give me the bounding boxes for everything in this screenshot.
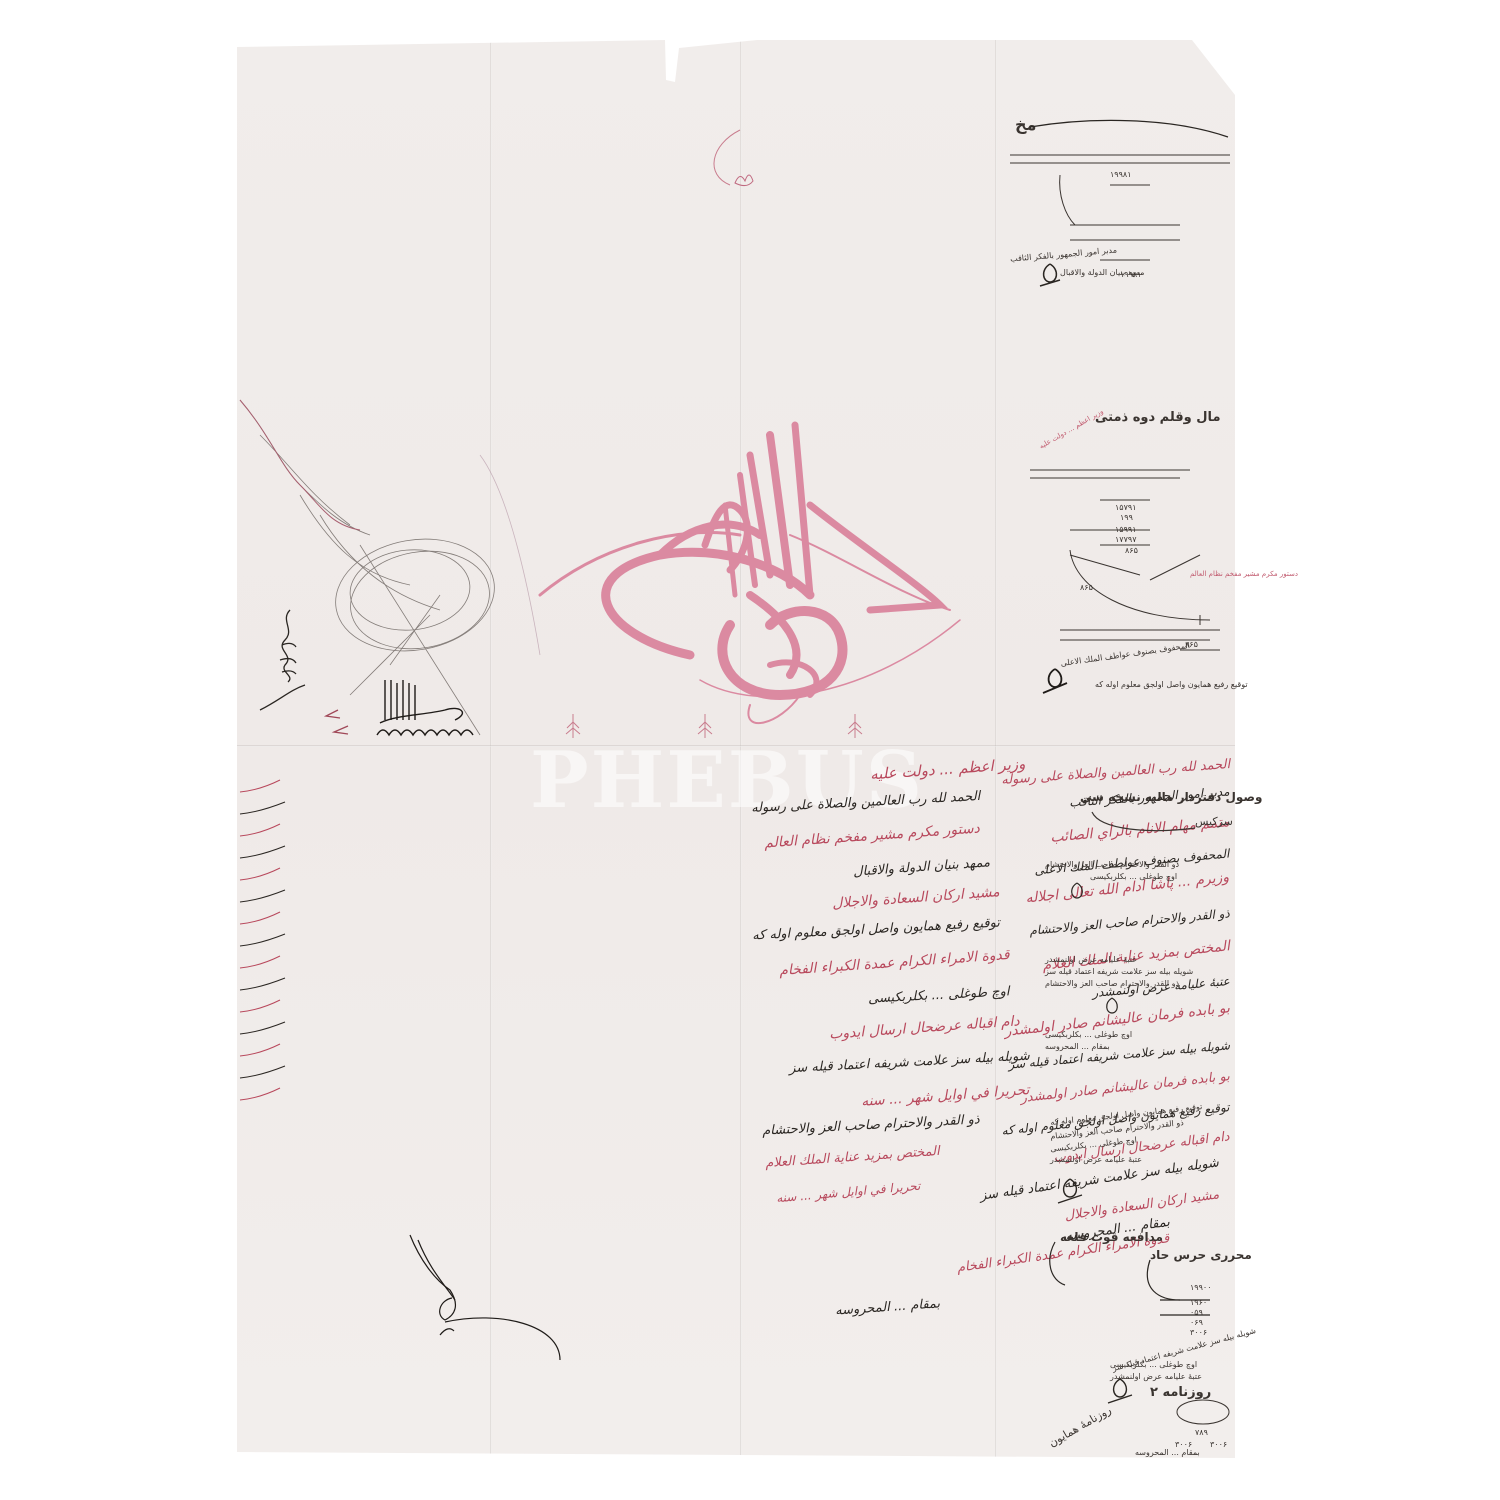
note-line: اوچ طوغلی ... بکلربکیسی [1045,1030,1132,1039]
top-mark-icon [700,125,760,195]
oval-seal-icon [1175,1398,1231,1428]
watermark: PHEBUS [530,735,924,826]
ledger-number: ۱۹۶۰ [1190,1298,1207,1307]
tughra-small-seal-icon [1035,260,1065,290]
fold-line-vertical-3 [995,40,997,1458]
tughra-monogram-icon [540,395,990,735]
tughra-small-seal-icon [1100,995,1124,1019]
signature-calligraphy-icon [375,675,485,750]
section3-title: وصول دفتردار ماليه نسخه سی [1080,790,1262,804]
note-line: بمقام ... المحروسه [1045,1042,1110,1051]
bottom-note-line: بمقام ... المحروسه [1135,1448,1200,1457]
section4-flourish [1040,1240,1210,1310]
mark-icon [318,700,358,740]
bottom-pence-signature-icon [400,1230,640,1370]
section3-flourish [1090,810,1200,840]
note-line: شويله بيله سز علامت شريفه اعتماد قيله سز [1045,967,1193,976]
note-line: ممهد بنيان الدولة والاقبال [1060,268,1144,277]
ledger-number: ۱۹۹۰۰ [1190,1283,1211,1292]
note-line: توقيع رفيع همايون واصل اولجق معلوم اوله … [1095,680,1248,689]
margin-flourishes [240,780,290,1120]
tughra-small-seal-icon [1055,1175,1085,1205]
ledger-number: ۳۰۰۶ [1190,1328,1207,1337]
signature-pence-icon [260,600,320,710]
ledger-number: ۰۶۹ [1190,1318,1203,1327]
tughra-small-seal-icon [1065,880,1089,904]
tughra-small-seal-icon [1105,1375,1135,1405]
section3-subtitle: سركيس [1195,815,1233,828]
note-line: ذو القدر والاحترام صاحب العز والاحتشام [1045,979,1179,988]
ledger-number: ۱۷۷۹۷ [1115,535,1136,544]
ledger-number: ۸۶۵ [1125,546,1138,555]
note-line: عتبهٔ عليامه عرض اولنمشدر [1045,955,1137,964]
note-line: عتبهٔ عليامه عرض اولنمشدر [1050,1155,1142,1164]
section2-title: مال وقلم دوه ذمتی [1095,410,1221,425]
ledger-number: ۱۹۹ [1120,513,1133,522]
header-flourish [1030,115,1230,145]
note-line: اوچ طوغلی ... بکلربکیسی [1090,872,1177,881]
seal-number: ۳۰۰۶ [1210,1440,1227,1449]
note-line: اوچ طوغلی ... بکلربکیسی [1110,1360,1197,1369]
ledger-number: ۱۵۹۹۱ [1115,525,1136,534]
note-number: ۱۹۹۸۱ [1110,170,1131,179]
ledger-number: ۸۶۵ [1080,583,1093,592]
ledger-number: ۱۵۷۹۱ [1115,503,1136,512]
red-annotation: دستور مكرم مشير مفخم نظام العالم [1190,570,1298,578]
note-line: ذو القدر والاحترام صاحب العز والاحتشام [1045,860,1179,869]
seal-number: ۷۸۹ [1195,1428,1208,1437]
ledger-number: ۰۵۹ [1190,1308,1203,1317]
tughra-small-seal-icon [1040,665,1070,695]
